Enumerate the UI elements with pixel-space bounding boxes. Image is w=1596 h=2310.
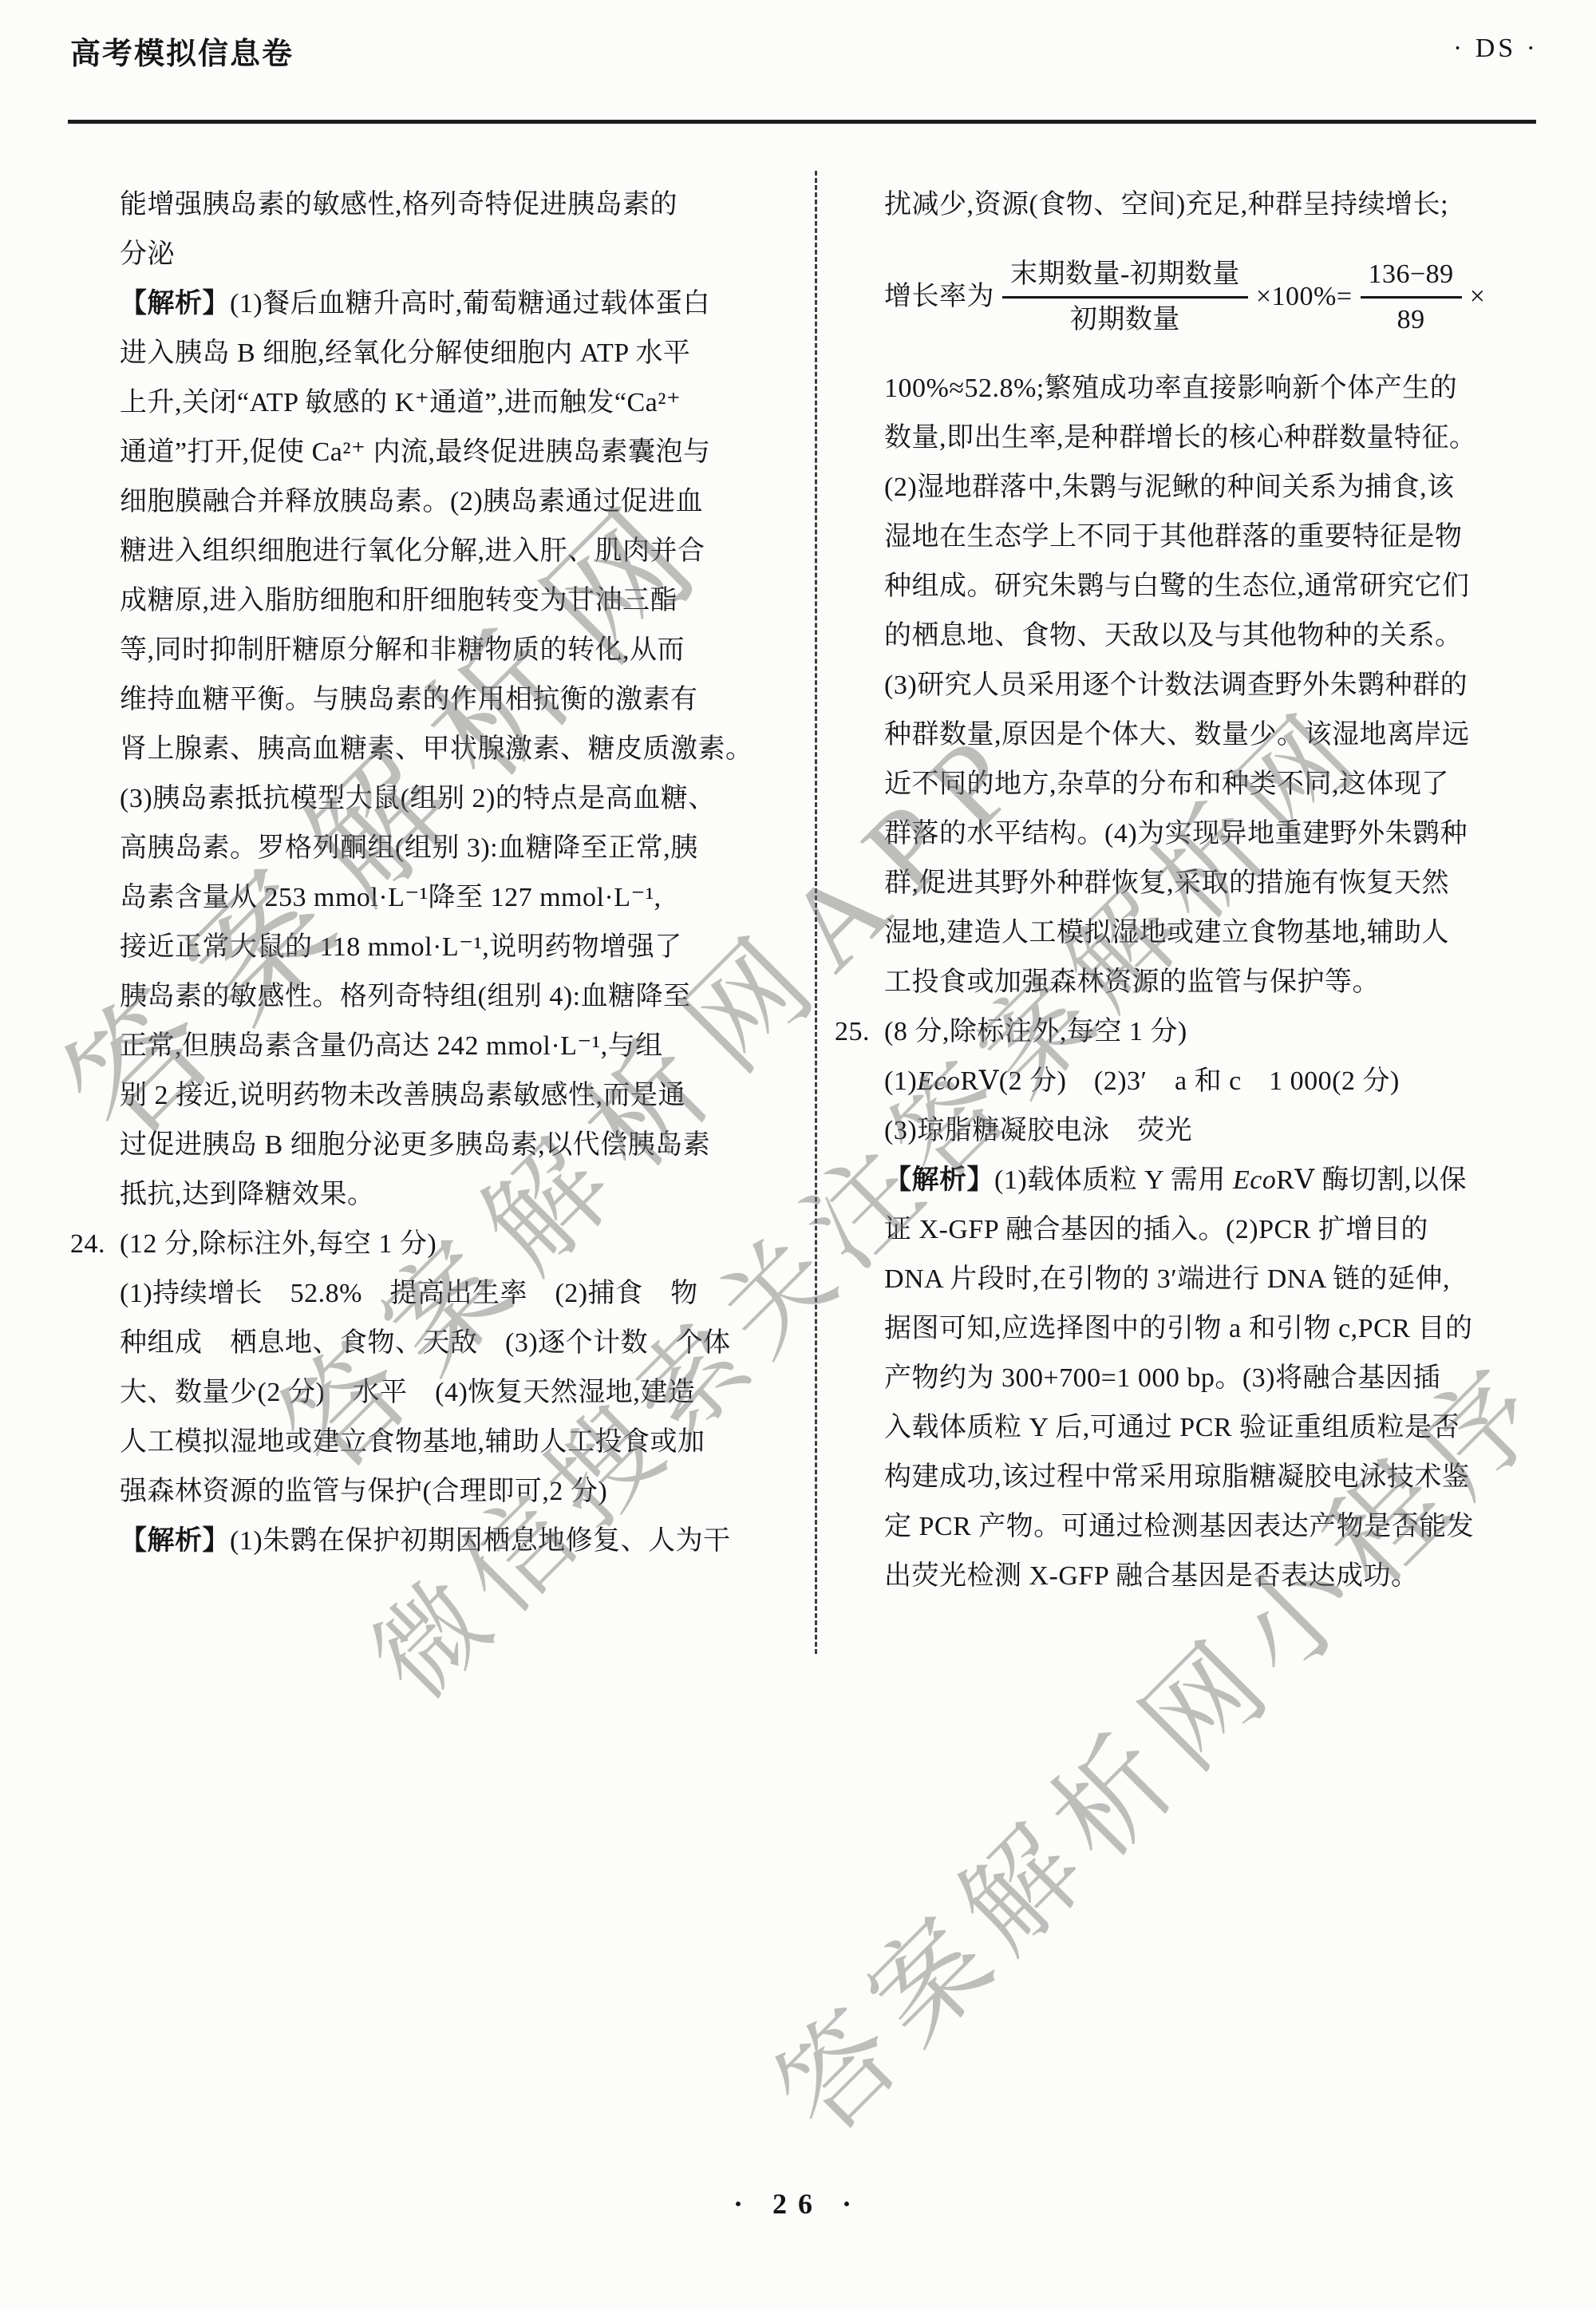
fraction: 末期数量-初期数量初期数量 (1002, 256, 1248, 338)
text-line: 据图可知,应选择图中的引物 a 和引物 c,PCR 目的 (835, 1304, 1553, 1354)
text-line: 高胰岛素。罗格列酮组(组别 3):血糖降至正常,胰 (70, 824, 801, 873)
text-segment: (1)餐后血糖升高时,葡萄糖通过载体蛋白 (230, 289, 710, 318)
bold-text: 【解析】 (120, 289, 230, 318)
edition-tag: · DS · (1453, 34, 1539, 64)
fraction-denominator: 89 (1361, 299, 1462, 338)
column-divider (815, 171, 817, 1654)
formula-prefix: 增长率为 (884, 272, 994, 322)
text-line: (3)琼脂糖凝胶电泳 荧光 (835, 1106, 1553, 1156)
text-line: 【解析】(1)载体质粒 Y 需用 EcoRⅤ 酶切割,以保 (835, 1156, 1553, 1205)
page-number: · 26 · (0, 2187, 1596, 2221)
text-line: (3)胰岛素抵抗模型大鼠(组别 2)的特点是高血糖、 (70, 774, 801, 824)
text-line: 工投食或加强森林资源的监管与保护等。 (835, 958, 1553, 1007)
text-segment: RⅤ 酶切割,以保 (1276, 1165, 1467, 1195)
text-line: 种组成 栖息地、食物、天敌 (3)逐个计数 个体 (70, 1319, 801, 1368)
text-line: 100%≈52.8%;繁殖成功率直接影响新个体产生的 (835, 364, 1553, 413)
text-line: 种群数量,原因是个体大、数量少。该湿地离岸远 (835, 710, 1553, 760)
text-line: 成糖原,进入脂肪细胞和肝细胞转变为甘油三酯 (70, 576, 801, 626)
text-line: 【解析】(1)餐后血糖升高时,葡萄糖通过载体蛋白 (70, 279, 801, 329)
text-line: 群落的水平结构。(4)为实现异地重建野外朱鹮种 (835, 809, 1553, 859)
formula-suffix: × (1470, 272, 1486, 322)
text-line: 岛素含量从 253 mmol·L⁻¹降至 127 mmol·L⁻¹, (70, 873, 801, 923)
text-line: 维持血糖平衡。与胰岛素的作用相抗衡的激素有 (70, 675, 801, 725)
text-line: 抵抗,达到降糖效果。 (70, 1170, 801, 1220)
text-line: (1)EcoRⅤ(2 分) (2)3′ a 和 c 1 000(2 分) (835, 1057, 1553, 1106)
text-line: 过促进胰岛 B 细胞分泌更多胰岛素,以代偿胰岛素 (70, 1121, 801, 1170)
fraction-denominator: 初期数量 (1002, 299, 1248, 338)
text-line: 正常,但胰岛素含量仍高达 242 mmol·L⁻¹,与组 (70, 1022, 801, 1071)
text-line: 近不同的地方,杂草的分布和种类不同,这体现了 (835, 760, 1553, 809)
growth-rate-formula: 增长率为末期数量-初期数量初期数量×100%=136−8989× (835, 230, 1553, 364)
question-number: 24. (70, 1220, 120, 1269)
text-line: 群,促进其野外种群恢复,采取的措施有恢复天然 (835, 859, 1553, 908)
text-line: (1)持续增长 52.8% 提高出生率 (2)捕食 物 (70, 1269, 801, 1319)
text-line: 分泌 (70, 230, 801, 279)
left-column: 能增强胰岛素的敏感性,格列奇特促进胰岛素的分泌【解析】(1)餐后血糖升高时,葡萄… (70, 180, 801, 1566)
numbered-answer-line: 25.(8 分,除标注外,每空 1 分) (835, 1007, 1553, 1057)
text-segment: (12 分,除标注外,每空 1 分) (120, 1229, 437, 1259)
text-line: 的栖息地、食物、天敌以及与其他物种的关系。 (835, 611, 1553, 661)
fraction-numerator: 136−89 (1361, 256, 1462, 299)
text-line: 【解析】(1)朱鹮在保护初期因栖息地修复、人为干 (70, 1517, 801, 1566)
numbered-answer-line: 24.(12 分,除标注外,每空 1 分) (70, 1220, 801, 1269)
text-line: 入载体质粒 Y 后,可通过 PCR 验证重组质粒是否 (835, 1403, 1553, 1453)
text-line: 能增强胰岛素的敏感性,格列奇特促进胰岛素的 (70, 180, 801, 230)
text-line: 证 X-GFP 融合基因的插入。(2)PCR 扩增目的 (835, 1205, 1553, 1255)
text-line: 种组成。研究朱鹮与白鹭的生态位,通常研究它们 (835, 562, 1553, 611)
italic-text: Eco (917, 1066, 960, 1096)
page-title: 高考模拟信息卷 (70, 29, 294, 73)
text-line: 糖进入组织细胞进行氧化分解,进入肝、肌肉并合 (70, 527, 801, 576)
text-line: (3)研究人员采用逐个计数法调查野外朱鹮种群的 (835, 661, 1553, 710)
bold-text: 【解析】 (884, 1165, 994, 1195)
text-line: 定 PCR 产物。可通过检测基因表达产物是否能发 (835, 1502, 1553, 1552)
text-line: 胰岛素的敏感性。格列奇特组(组别 4):血糖降至 (70, 972, 801, 1022)
fraction: 136−8989 (1361, 256, 1462, 338)
text-segment: (1) (884, 1066, 917, 1096)
text-line: 人工模拟湿地或建立食物基地,辅助人工投食或加 (70, 1418, 801, 1467)
question-number: 25. (835, 1007, 884, 1057)
text-line: 强森林资源的监管与保护(合理即可,2 分) (70, 1467, 801, 1517)
italic-text: Eco (1233, 1165, 1276, 1195)
text-line: 别 2 接近,说明药物未改善胰岛素敏感性,而是通 (70, 1071, 801, 1121)
text-line: 通道”打开,促使 Ca²⁺ 内流,最终促进胰岛素囊泡与 (70, 428, 801, 477)
text-line: 等,同时抑制肝糖原分解和非糖物质的转化,从而 (70, 626, 801, 675)
text-line: 肾上腺素、胰高血糖素、甲状腺激素、糖皮质激素。 (70, 725, 801, 774)
fraction-numerator: 末期数量-初期数量 (1002, 256, 1248, 299)
text-line: 接近正常大鼠的 118 mmol·L⁻¹,说明药物增强了 (70, 923, 801, 972)
text-line: 数量,即出生率,是种群增长的核心种群数量特征。 (835, 413, 1553, 463)
text-line: 产物约为 300+700=1 000 bp。(3)将融合基因插 (835, 1354, 1553, 1403)
text-segment: (1)载体质粒 Y 需用 (994, 1165, 1233, 1195)
text-segment: (8 分,除标注外,每空 1 分) (884, 1017, 1187, 1046)
text-line: 出荧光检测 X-GFP 融合基因是否表达成功。 (835, 1552, 1553, 1601)
formula-operator: ×100%= (1256, 272, 1353, 322)
text-line: 扰减少,资源(食物、空间)充足,种群呈持续增长; (835, 180, 1553, 230)
text-line: 上升,关闭“ATP 敏感的 K⁺通道”,进而触发“Ca²⁺ (70, 378, 801, 428)
right-column: 扰减少,资源(食物、空间)充足,种群呈持续增长;增长率为末期数量-初期数量初期数… (835, 180, 1553, 1601)
text-line: 构建成功,该过程中常采用琼脂糖凝胶电泳技术鉴 (835, 1453, 1553, 1502)
text-segment: RⅤ(2 分) (2)3′ a 和 c 1 000(2 分) (961, 1066, 1400, 1096)
text-line: (2)湿地群落中,朱鹮与泥鳅的种间关系为捕食,该 (835, 463, 1553, 512)
text-line: 细胞膜融合并释放胰岛素。(2)胰岛素通过促进血 (70, 477, 801, 527)
text-line: 进入胰岛 B 细胞,经氧化分解使细胞内 ATP 水平 (70, 329, 801, 378)
text-line: 湿地在生态学上不同于其他群落的重要特征是物 (835, 512, 1553, 562)
text-line: 大、数量少(2 分) 水平 (4)恢复天然湿地,建造 (70, 1368, 801, 1418)
header-rule (68, 120, 1536, 124)
text-line: DNA 片段时,在引物的 3′端进行 DNA 链的延伸, (835, 1255, 1553, 1304)
exam-answer-page: 高考模拟信息卷 · DS · 答案解析网答案解析网APP微信搜索关注答案解析网答… (0, 0, 1596, 2310)
bold-text: 【解析】 (120, 1526, 230, 1556)
text-segment: (1)朱鹮在保护初期因栖息地修复、人为干 (230, 1526, 731, 1556)
text-line: 湿地,建造人工模拟湿地或建立食物基地,辅助人 (835, 908, 1553, 958)
